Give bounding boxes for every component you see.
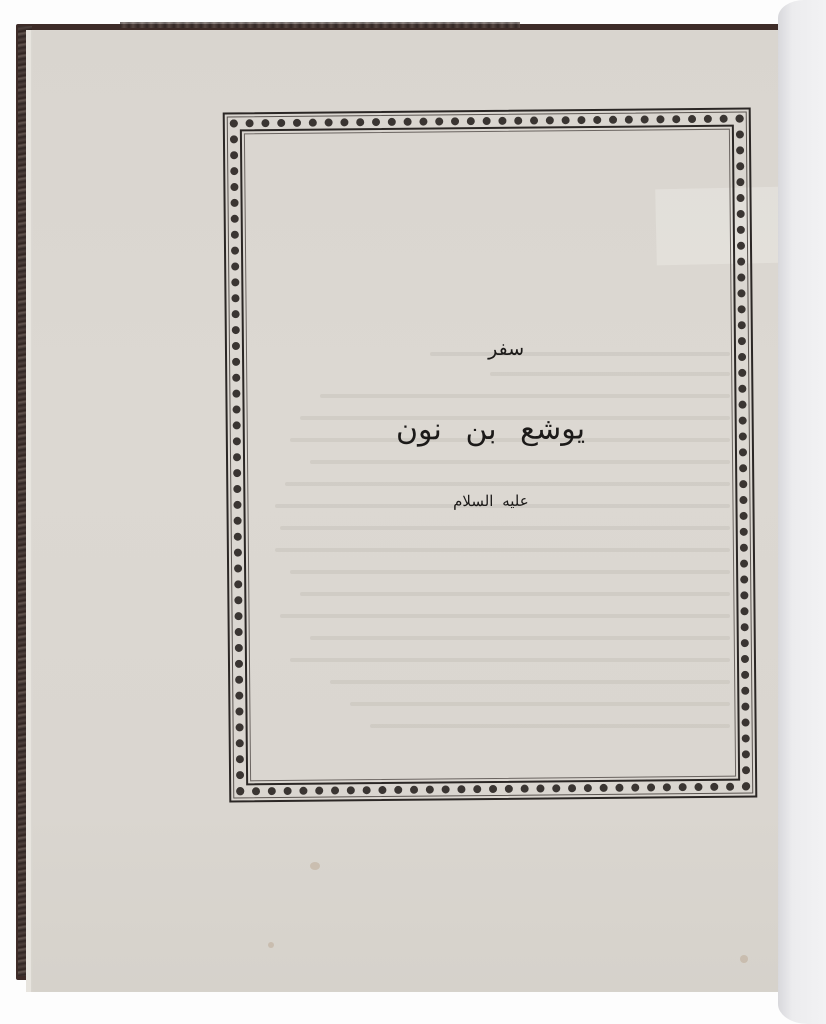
foxing-spot — [740, 955, 748, 963]
facing-page-edge — [778, 0, 826, 1024]
page-gutter-edge — [26, 30, 31, 992]
book-scan: سفر يوشع بن نون عليه السلام — [0, 0, 826, 1024]
marbled-top-edge — [120, 22, 520, 28]
foxing-spot — [310, 862, 320, 870]
frame-innermost-rule — [244, 129, 736, 782]
foxing-spot — [268, 942, 274, 948]
title-main: يوشع بن نون — [226, 411, 754, 449]
title-book-word: سفر — [226, 337, 754, 362]
title-honorific: عليه السلام — [227, 491, 755, 512]
decorative-border-frame — [223, 107, 758, 802]
